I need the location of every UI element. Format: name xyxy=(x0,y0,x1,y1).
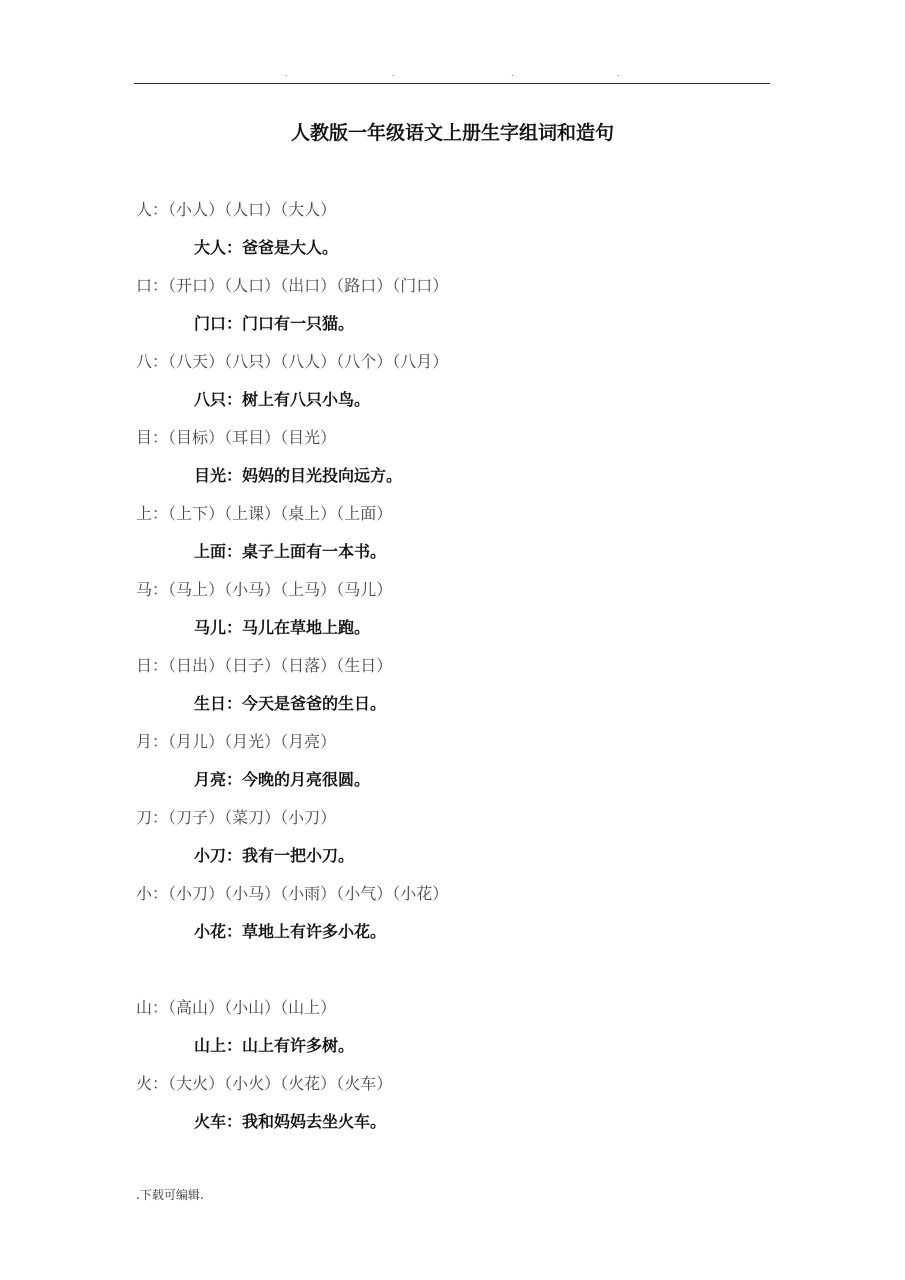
word-item: 小山 xyxy=(232,998,264,1017)
close-paren: ） xyxy=(208,580,224,599)
character-label: 日 xyxy=(136,656,152,675)
close-paren: ） xyxy=(208,352,224,371)
close-paren: ） xyxy=(320,276,336,295)
colon: ： xyxy=(226,770,242,789)
character-words-row: 八：（八天）（八只）（八人）（八个）（八月） xyxy=(136,352,448,372)
word-item: 人口 xyxy=(232,200,264,219)
word-item: 马上 xyxy=(176,580,208,599)
word-item: 开口 xyxy=(176,276,208,295)
open-paren: （ xyxy=(280,884,288,903)
example-sentence-row: 小花：草地上有许多小花。 xyxy=(194,922,386,942)
example-sentence-row: 门口：门口有一只猫。 xyxy=(194,314,354,334)
word-item: 火车 xyxy=(344,1074,376,1093)
example-sentence-row: 山上：山上有许多树。 xyxy=(194,1036,354,1056)
open-paren: （ xyxy=(168,580,176,599)
open-paren: （ xyxy=(224,1074,232,1093)
character-words-row: 上：（上下）（上课）（桌上）（上面） xyxy=(136,504,392,524)
close-paren: ） xyxy=(320,352,336,371)
word-item: 月亮 xyxy=(288,732,320,751)
open-paren: （ xyxy=(280,276,288,295)
open-paren: （ xyxy=(168,808,176,827)
open-paren: （ xyxy=(280,1074,288,1093)
open-paren: （ xyxy=(280,428,288,447)
header-dot: . xyxy=(511,70,514,78)
close-paren: ） xyxy=(208,998,224,1017)
example-sentence-row: 目光：妈妈的目光投向远方。 xyxy=(194,466,402,486)
word-item: 人口 xyxy=(232,276,264,295)
open-paren: （ xyxy=(168,732,176,751)
open-paren: （ xyxy=(336,656,344,675)
open-paren: （ xyxy=(336,276,344,295)
close-paren: ） xyxy=(432,276,448,295)
sentence-text: 桌子上面有一本书。 xyxy=(242,542,386,561)
word-item: 月儿 xyxy=(176,732,208,751)
character-label: 人 xyxy=(136,200,152,219)
close-paren: ） xyxy=(376,504,392,523)
example-sentence-row: 生日：今天是爸爸的生日。 xyxy=(194,694,386,714)
colon: ： xyxy=(152,580,168,599)
close-paren: ） xyxy=(264,428,280,447)
sentence-text: 妈妈的目光投向远方。 xyxy=(242,466,402,485)
sentence-word: 目光 xyxy=(194,466,226,485)
open-paren: （ xyxy=(224,200,232,219)
word-item: 门口 xyxy=(400,276,432,295)
close-paren: ） xyxy=(320,200,336,219)
document-title: 人教版一年级语文上册生字组词和造句 xyxy=(0,118,905,145)
colon: ： xyxy=(152,808,168,827)
character-words-row: 日：（日出）（日子）（日落）（生日） xyxy=(136,656,392,676)
sentence-text: 我和妈妈去坐火车。 xyxy=(242,1112,386,1131)
word-item: 目光 xyxy=(288,428,320,447)
open-paren: （ xyxy=(224,998,232,1017)
word-item: 大火 xyxy=(176,1074,208,1093)
colon: ： xyxy=(152,732,168,751)
word-item: 高山 xyxy=(176,998,208,1017)
sentence-word: 门口 xyxy=(194,314,226,333)
character-label: 目 xyxy=(136,428,152,447)
word-item: 菜刀 xyxy=(232,808,264,827)
open-paren: （ xyxy=(224,428,232,447)
sentence-text: 今天是爸爸的生日。 xyxy=(242,694,386,713)
colon: ： xyxy=(226,1036,242,1055)
close-paren: ） xyxy=(208,884,224,903)
open-paren: （ xyxy=(168,998,176,1017)
header-rule xyxy=(134,83,770,84)
word-item: 火花 xyxy=(288,1074,320,1093)
word-item: 生日 xyxy=(344,656,376,675)
word-item: 上面 xyxy=(344,504,376,523)
word-item: 八天 xyxy=(176,352,208,371)
character-words-row: 山：（高山）（小山）（山上） xyxy=(136,998,336,1018)
word-item: 小马 xyxy=(232,580,264,599)
open-paren: （ xyxy=(168,504,176,523)
footer-note: .下载可编辑. xyxy=(136,1186,204,1203)
word-item: 刀子 xyxy=(176,808,208,827)
character-words-row: 马：（马上）（小马）（上马）（马儿） xyxy=(136,580,392,600)
close-paren: ） xyxy=(376,1074,392,1093)
close-paren: ） xyxy=(320,656,336,675)
colon: ： xyxy=(226,542,242,561)
word-item: 日出 xyxy=(176,656,208,675)
word-item: 出口 xyxy=(288,276,320,295)
word-item: 耳目 xyxy=(232,428,264,447)
character-words-row: 刀：（刀子）（菜刀）（小刀） xyxy=(136,808,336,828)
sentence-text: 马儿在草地上跑。 xyxy=(242,618,370,637)
close-paren: ） xyxy=(320,1074,336,1093)
close-paren: ） xyxy=(208,200,224,219)
colon: ： xyxy=(226,846,242,865)
word-item: 山上 xyxy=(288,998,320,1017)
character-label: 小 xyxy=(136,884,152,903)
close-paren: ） xyxy=(264,200,280,219)
colon: ： xyxy=(226,314,242,333)
word-item: 小马 xyxy=(232,884,264,903)
open-paren: （ xyxy=(336,504,344,523)
close-paren: ） xyxy=(376,656,392,675)
character-words-row: 目：（目标）（耳目）（目光） xyxy=(136,428,336,448)
word-item: 小气 xyxy=(344,884,376,903)
close-paren: ） xyxy=(264,504,280,523)
word-item: 目标 xyxy=(176,428,208,447)
open-paren: （ xyxy=(224,276,232,295)
character-label: 山 xyxy=(136,998,152,1017)
close-paren: ） xyxy=(208,732,224,751)
open-paren: （ xyxy=(224,884,232,903)
character-label: 八 xyxy=(136,352,152,371)
example-sentence-row: 上面：桌子上面有一本书。 xyxy=(194,542,386,562)
sentence-text: 山上有许多树。 xyxy=(242,1036,354,1055)
word-item: 八个 xyxy=(344,352,376,371)
open-paren: （ xyxy=(168,656,176,675)
sentence-word: 大人 xyxy=(194,238,226,257)
colon: ： xyxy=(152,352,168,371)
close-paren: ） xyxy=(208,656,224,675)
open-paren: （ xyxy=(280,352,288,371)
character-words-row: 小：（小刀）（小马）（小雨）（小气）（小花） xyxy=(136,884,448,904)
open-paren: （ xyxy=(280,580,288,599)
colon: ： xyxy=(226,1112,242,1131)
word-item: 小刀 xyxy=(288,808,320,827)
word-item: 月光 xyxy=(232,732,264,751)
sentence-word: 火车 xyxy=(194,1112,226,1131)
open-paren: （ xyxy=(168,428,176,447)
close-paren: ） xyxy=(320,808,336,827)
example-sentence-row: 小刀：我有一把小刀。 xyxy=(194,846,354,866)
open-paren: （ xyxy=(280,732,288,751)
character-words-row: 人：（小人）（人口）（大人） xyxy=(136,200,336,220)
close-paren: ） xyxy=(264,276,280,295)
word-item: 上马 xyxy=(288,580,320,599)
open-paren: （ xyxy=(336,580,344,599)
sentence-word: 上面 xyxy=(194,542,226,561)
word-item: 八月 xyxy=(400,352,432,371)
character-label: 上 xyxy=(136,504,152,523)
word-item: 小刀 xyxy=(176,884,208,903)
close-paren: ） xyxy=(208,276,224,295)
sentence-text: 我有一把小刀。 xyxy=(242,846,354,865)
character-label: 刀 xyxy=(136,808,152,827)
open-paren: （ xyxy=(336,884,344,903)
close-paren: ） xyxy=(320,428,336,447)
colon: ： xyxy=(152,656,168,675)
character-label: 马 xyxy=(136,580,152,599)
character-words-row: 火：（大火）（小火）（火花）（火车） xyxy=(136,1074,392,1094)
character-words-row: 口：（开口）（人口）（出口）（路口）（门口） xyxy=(136,276,448,296)
close-paren: ） xyxy=(264,1074,280,1093)
close-paren: ） xyxy=(320,998,336,1017)
open-paren: （ xyxy=(280,808,288,827)
sentence-text: 今晚的月亮很圆。 xyxy=(242,770,370,789)
sentence-word: 山上 xyxy=(194,1036,226,1055)
colon: ： xyxy=(152,998,168,1017)
close-paren: ） xyxy=(432,352,448,371)
example-sentence-row: 火车：我和妈妈去坐火车。 xyxy=(194,1112,386,1132)
header-dot: . xyxy=(285,70,288,78)
word-item: 八只 xyxy=(232,352,264,371)
sentence-word: 八只 xyxy=(194,390,226,409)
open-paren: （ xyxy=(224,352,232,371)
close-paren: ） xyxy=(264,808,280,827)
close-paren: ） xyxy=(208,504,224,523)
word-item: 日落 xyxy=(288,656,320,675)
close-paren: ） xyxy=(432,884,448,903)
word-item: 桌上 xyxy=(288,504,320,523)
colon: ： xyxy=(152,1074,168,1093)
word-item: 路口 xyxy=(344,276,376,295)
colon: ： xyxy=(152,200,168,219)
close-paren: ） xyxy=(376,884,392,903)
close-paren: ） xyxy=(320,884,336,903)
example-sentence-row: 月亮：今晚的月亮很圆。 xyxy=(194,770,370,790)
close-paren: ） xyxy=(320,580,336,599)
word-item: 日子 xyxy=(232,656,264,675)
open-paren: （ xyxy=(280,504,288,523)
open-paren: （ xyxy=(336,352,344,371)
word-item: 八人 xyxy=(288,352,320,371)
close-paren: ） xyxy=(264,884,280,903)
word-item: 马儿 xyxy=(344,580,376,599)
word-item: 大人 xyxy=(288,200,320,219)
example-sentence-row: 马儿：马儿在草地上跑。 xyxy=(194,618,370,638)
header-dot: . xyxy=(617,70,620,78)
open-paren: （ xyxy=(280,656,288,675)
open-paren: （ xyxy=(224,732,232,751)
word-item: 小火 xyxy=(232,1074,264,1093)
word-item: 上下 xyxy=(176,504,208,523)
word-item: 上课 xyxy=(232,504,264,523)
colon: ： xyxy=(226,922,242,941)
open-paren: （ xyxy=(224,808,232,827)
colon: ： xyxy=(226,618,242,637)
character-label: 口 xyxy=(136,276,152,295)
open-paren: （ xyxy=(280,200,288,219)
sentence-word: 小花 xyxy=(194,922,226,941)
close-paren: ） xyxy=(208,1074,224,1093)
open-paren: （ xyxy=(168,352,176,371)
colon: ： xyxy=(152,276,168,295)
page-header-dots: .... xyxy=(0,70,905,80)
close-paren: ） xyxy=(376,276,392,295)
open-paren: （ xyxy=(168,276,176,295)
sentence-text: 草地上有许多小花。 xyxy=(242,922,386,941)
close-paren: ） xyxy=(208,808,224,827)
word-item: 小人 xyxy=(176,200,208,219)
colon: ： xyxy=(226,390,242,409)
word-item: 小雨 xyxy=(288,884,320,903)
sentence-text: 爸爸是大人。 xyxy=(242,238,338,257)
close-paren: ） xyxy=(264,998,280,1017)
character-words-row: 月：（月儿）（月光）（月亮） xyxy=(136,732,336,752)
open-paren: （ xyxy=(224,580,232,599)
sentence-word: 小刀 xyxy=(194,846,226,865)
colon: ： xyxy=(152,428,168,447)
close-paren: ） xyxy=(376,580,392,599)
example-sentence-row: 大人：爸爸是大人。 xyxy=(194,238,338,258)
example-sentence-row: 八只：树上有八只小鸟。 xyxy=(194,390,370,410)
open-paren: （ xyxy=(168,1074,176,1093)
sentence-text: 树上有八只小鸟。 xyxy=(242,390,370,409)
close-paren: ） xyxy=(264,732,280,751)
sentence-word: 马儿 xyxy=(194,618,226,637)
colon: ： xyxy=(152,884,168,903)
colon: ： xyxy=(226,694,242,713)
close-paren: ） xyxy=(320,732,336,751)
open-paren: （ xyxy=(168,884,176,903)
close-paren: ） xyxy=(208,428,224,447)
colon: ： xyxy=(226,466,242,485)
close-paren: ） xyxy=(264,580,280,599)
open-paren: （ xyxy=(336,1074,344,1093)
sentence-word: 月亮 xyxy=(194,770,226,789)
colon: ： xyxy=(226,238,242,257)
open-paren: （ xyxy=(224,504,232,523)
header-dot: . xyxy=(392,70,395,78)
open-paren: （ xyxy=(280,998,288,1017)
close-paren: ） xyxy=(264,656,280,675)
close-paren: ） xyxy=(320,504,336,523)
word-item: 小花 xyxy=(400,884,432,903)
sentence-word: 生日 xyxy=(194,694,226,713)
open-paren: （ xyxy=(224,656,232,675)
sentence-text: 门口有一只猫。 xyxy=(242,314,354,333)
character-label: 月 xyxy=(136,732,152,751)
character-label: 火 xyxy=(136,1074,152,1093)
colon: ： xyxy=(152,504,168,523)
close-paren: ） xyxy=(264,352,280,371)
close-paren: ） xyxy=(376,352,392,371)
open-paren: （ xyxy=(168,200,176,219)
